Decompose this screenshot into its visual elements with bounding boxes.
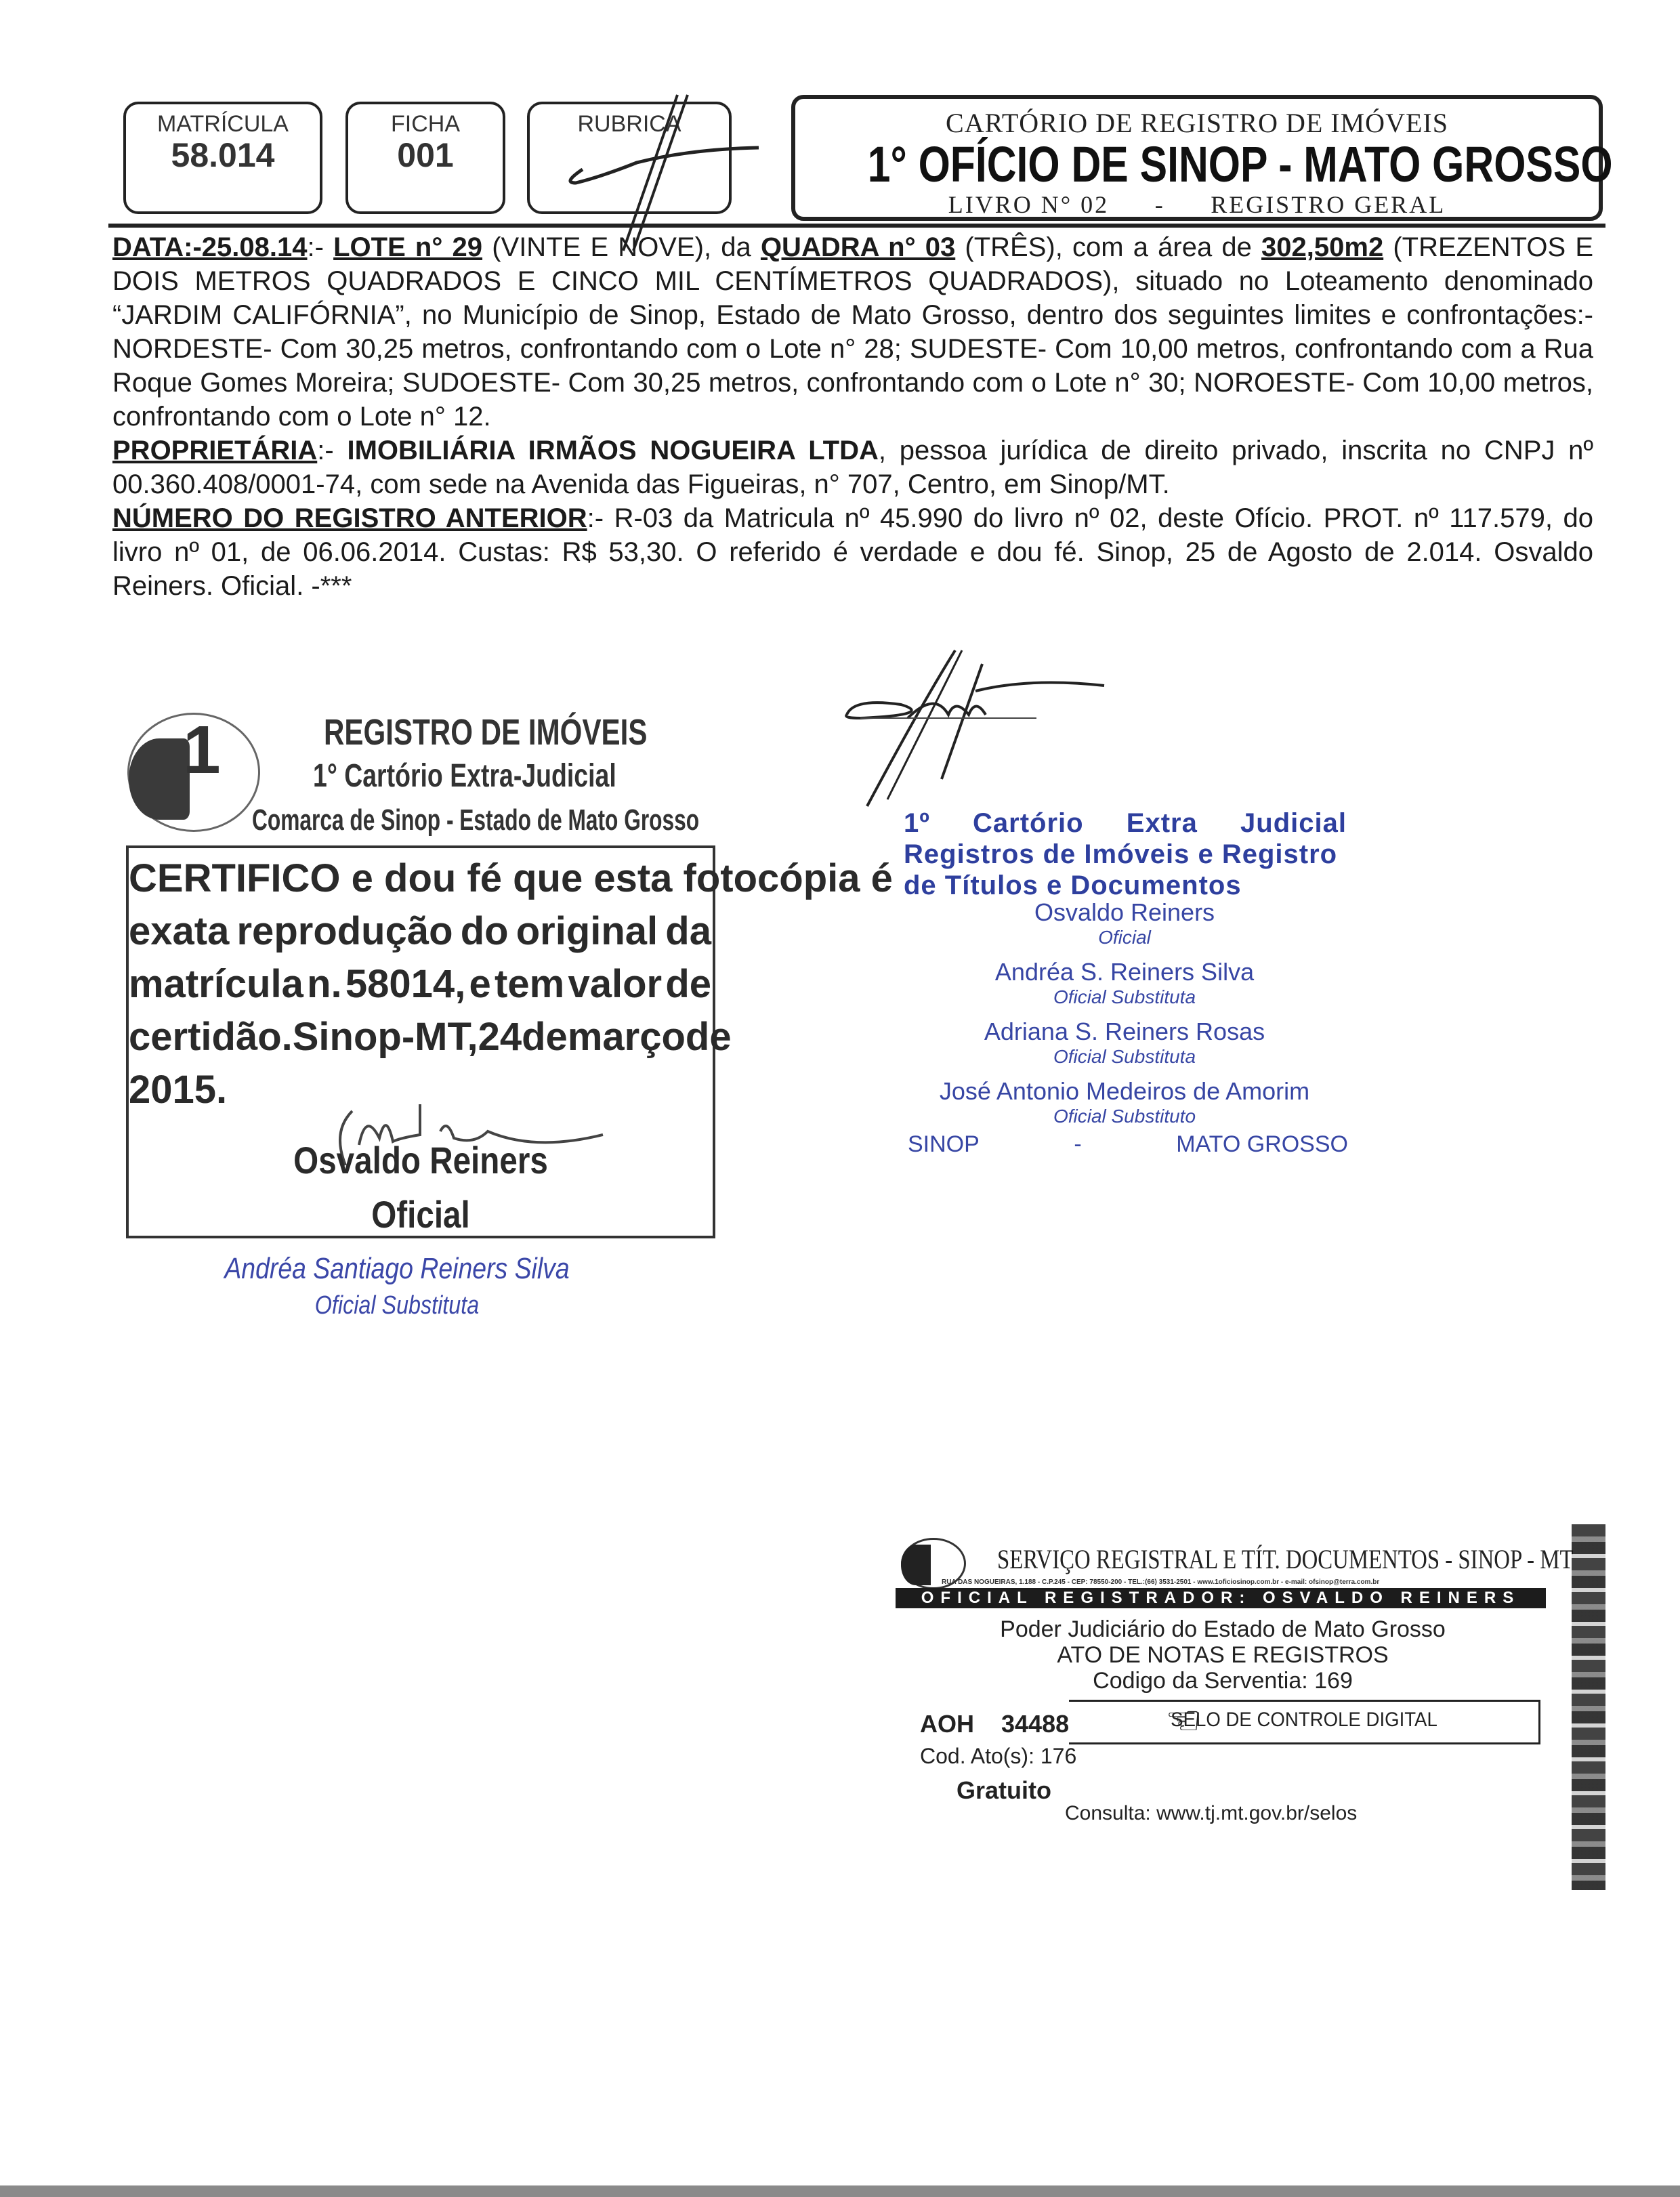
sep: :- — [308, 232, 334, 262]
office-title: 1° OFÍCIO DE SINOP - MATO GROSSO — [868, 138, 1527, 192]
entry-paragraph-previous: NÚMERO DO REGISTRO ANTERIOR:- R-03 da Ma… — [112, 501, 1593, 603]
entry-paragraph-owner: PROPRIETÁRIA:- IMOBILIÁRIA IRMÃOS NOGUEI… — [112, 434, 1593, 501]
blue-stamp-word: Extra — [1127, 808, 1198, 839]
official-role: Oficial — [881, 927, 1368, 948]
certification-word: original — [516, 905, 658, 958]
digital-seal-label: SELO DE CONTROLE DIGITAL — [1089, 1709, 1519, 1732]
certification-word: exata — [129, 905, 229, 958]
entry-paragraph-lot: DATA:-25.08.14:- LOTE n° 29 (VINTE E NOV… — [112, 230, 1593, 434]
separator: - — [1109, 190, 1211, 219]
fee-status: Gratuito — [957, 1776, 1051, 1805]
blue-stamp-footer: SINOP - MATO GROSSO — [908, 1131, 1348, 1158]
seal-line3: Codigo da Serventia: 169 — [901, 1668, 1545, 1694]
blue-stamp-word: 1º — [904, 808, 930, 839]
official-role: Oficial Substituta — [881, 1046, 1368, 1068]
certification-word: valor — [568, 958, 662, 1011]
registry-logo-fill — [129, 738, 190, 820]
ficha-box: FICHA 001 — [345, 102, 505, 214]
owner-name: IMOBILIÁRIA IRMÃOS NOGUEIRA LTDA — [347, 436, 878, 465]
certification-word: do — [461, 905, 509, 958]
substitute-name: Andréa Santiago Reiners Silva — [167, 1252, 627, 1286]
certification-word: de — [665, 958, 711, 1011]
seal-line1: Poder Judiciário do Estado de Mato Gross… — [901, 1616, 1545, 1642]
office-line1: CARTÓRIO DE REGISTRO DE IMÓVEIS — [795, 107, 1599, 139]
matricula-label: MATRÍCULA — [126, 111, 320, 138]
blue-stamp-line1: 1ºCartórioExtraJudicial — [904, 808, 1347, 839]
entry-date: DATA:-25.08.14 — [112, 232, 308, 262]
certification-word: n. — [307, 958, 342, 1011]
blue-stamp-word: Cartório — [973, 808, 1084, 839]
seal-line2: ATO DE NOTAS E REGISTROS — [901, 1642, 1545, 1668]
certification-word: 58014, — [345, 958, 465, 1011]
certification-word: reprodução — [236, 905, 453, 958]
certification-line: matrículan.58014,etemvalorde — [129, 958, 711, 1011]
certification-word: da — [665, 905, 711, 958]
blue-stamp-header: 1ºCartórioExtraJudicial Registros de Imó… — [904, 808, 1347, 901]
blue-stamp-dash: - — [1074, 1131, 1081, 1158]
act-code: Cod. Ato(s): 176 — [920, 1744, 1076, 1769]
blue-stamp-officials: Osvaldo ReinersOficialAndréa S. Reiners … — [881, 898, 1368, 1137]
quadra-number: QUADRA n° 03 — [761, 232, 955, 262]
certification-word: - — [402, 1011, 415, 1064]
stamp-subtitle: 1° Cartório Extra-Judicial — [313, 757, 616, 795]
certifier-name: Osvaldo Reiners — [170, 1138, 671, 1182]
official-role: Oficial Substituto — [881, 1106, 1368, 1127]
previous-registry-label: NÚMERO DO REGISTRO ANTERIOR — [112, 503, 587, 533]
sep: :- — [317, 436, 347, 465]
official-name: Osvaldo Reiners — [881, 898, 1368, 927]
ficha-label: FICHA — [348, 111, 503, 138]
scan-bottom-edge — [0, 2185, 1680, 2197]
text: (TRÊS), com a área de — [955, 232, 1261, 262]
substitute-role: Oficial Substituta — [167, 1291, 627, 1320]
scan-edge-strip — [1572, 1524, 1605, 1890]
blue-stamp-state: MATO GROSSO — [1176, 1131, 1348, 1158]
lot-number: LOTE n° 29 — [333, 232, 482, 262]
seal-code: AOH 34488 — [920, 1710, 1069, 1738]
certification-line: exatareproduçãodooriginalda — [129, 905, 711, 958]
lot-description: (TREZENTOS E DOIS METROS QUADRADOS E CIN… — [112, 232, 1593, 432]
certification-word: MT, — [415, 1011, 478, 1064]
certification-word: de — [522, 1011, 568, 1064]
registration-entry: DATA:-25.08.14:- LOTE n° 29 (VINTE E NOV… — [112, 230, 1593, 603]
livro-label: LIVRO N° 02 — [948, 191, 1109, 218]
matricula-box: MATRÍCULA 58.014 — [123, 102, 322, 214]
certification-word: tem — [495, 958, 564, 1011]
certification-word: 24 — [478, 1011, 522, 1064]
office-line3: LIVRO N° 02-REGISTRO GERAL — [795, 190, 1599, 219]
certification-line: certidão.Sinop-MT,24demarçode — [129, 1011, 711, 1064]
blue-stamp-word: Judicial — [1240, 808, 1347, 839]
blue-stamp-city: SINOP — [908, 1131, 980, 1158]
blue-stamp-line3: de Títulos e Documentos — [904, 870, 1347, 901]
owner-label: PROPRIETÁRIA — [112, 436, 317, 465]
certifier-role: Oficial — [170, 1192, 671, 1236]
certification-word: 2015. — [129, 1064, 227, 1116]
header-rule — [108, 224, 1605, 228]
lot-area: 302,50m2 — [1261, 232, 1383, 262]
registry-logo-number: 1 — [183, 711, 221, 789]
stamp-title: REGISTRO DE IMÓVEIS — [324, 711, 647, 753]
certification-line: CERTIFICO e dou fé que esta fotocópia é — [129, 852, 711, 905]
official-role: Oficial Substituta — [881, 986, 1368, 1008]
seal-header: SERVIÇO REGISTRAL E TÍT. DOCUMENTOS - SI… — [997, 1543, 1573, 1575]
certification-text: CERTIFICO e dou fé que esta fotocópia ée… — [129, 852, 711, 1116]
certification-word: de — [686, 1011, 732, 1064]
certification-word: março — [568, 1011, 686, 1064]
seal-registrar-bar: OFICIAL REGISTRADOR: OSVALDO REINERS — [896, 1588, 1546, 1608]
official-signature — [840, 650, 1125, 813]
consulta-link[interactable]: Consulta: www.tj.mt.gov.br/selos — [1065, 1802, 1357, 1825]
seal-address: RUA DAS NOGUEIRAS, 1.188 - C.P.245 - CEP… — [942, 1578, 1379, 1586]
matricula-value: 58.014 — [126, 138, 320, 173]
certification-word: CERTIFICO e dou fé que esta fotocópia é — [129, 852, 893, 905]
sep: :- — [587, 503, 614, 533]
certification-word: e — [469, 958, 491, 1011]
stamp-comarca: Comarca de Sinop - Estado de Mato Grosso — [252, 803, 699, 837]
text: (VINTE E NOVE), da — [482, 232, 761, 262]
blue-stamp-line2: Registros de Imóveis e Registro — [904, 839, 1347, 870]
registro-label: REGISTRO GERAL — [1211, 191, 1446, 218]
certification-word: certidão. — [129, 1011, 293, 1064]
official-name: Andréa S. Reiners Silva — [881, 958, 1368, 986]
certification-word: Sinop — [293, 1011, 402, 1064]
ficha-value: 001 — [348, 138, 503, 173]
official-name: Adriana S. Reiners Rosas — [881, 1018, 1368, 1046]
seal-logo-fill — [901, 1545, 931, 1585]
certification-word: matrícula — [129, 958, 303, 1011]
office-header: CARTÓRIO DE REGISTRO DE IMÓVEIS 1° OFÍCI… — [791, 95, 1603, 221]
official-name: José Antonio Medeiros de Amorim — [881, 1077, 1368, 1106]
